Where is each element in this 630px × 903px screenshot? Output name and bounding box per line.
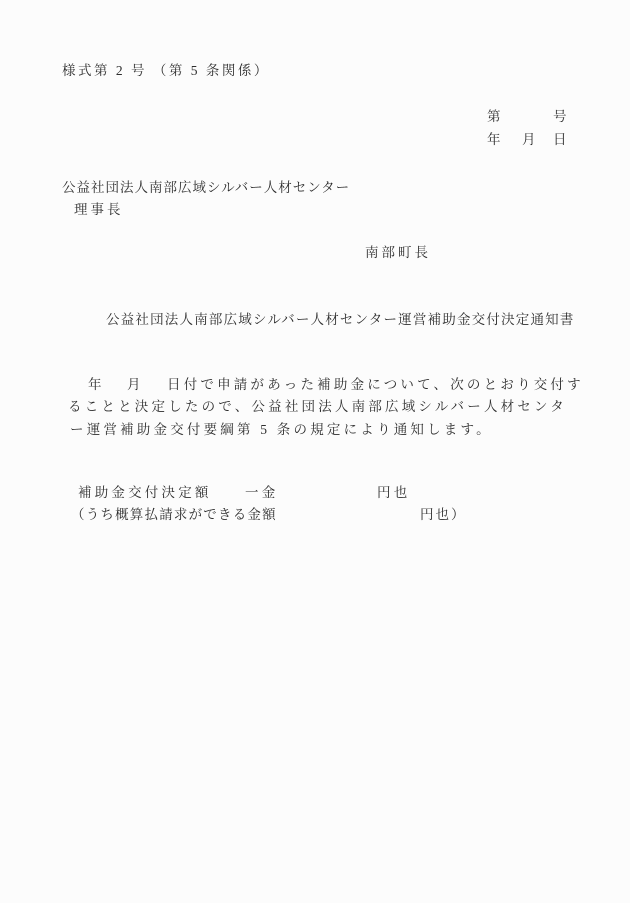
doc-number-prefix: 第: [487, 110, 501, 124]
body-line3-text: ー運営補助金交付要綱第 5 条の規定により通知します。: [70, 423, 493, 437]
body-line1-year: 年: [88, 378, 105, 392]
form-number-label: 様式第 2 号 （第 5 条関係）: [62, 64, 270, 78]
document-title: 公益社団法人南部広域シルバー人材センター運営補助金交付決定通知書: [106, 313, 575, 327]
date-month-label: 月: [522, 133, 536, 147]
provisional-payment-label: （うち概算払請求ができる金額: [71, 508, 277, 522]
document-page: 様式第 2 号 （第 5 条関係） 第 号 年 月 日 公益社団法人南部広域シル…: [0, 0, 630, 903]
provisional-payment-unit: 円也）: [420, 508, 467, 522]
date-year-label: 年: [487, 133, 501, 147]
amount-prefix: 一金: [245, 486, 278, 500]
sender-name: 南部町長: [365, 246, 431, 260]
amount-decision-label: 補助金交付決定額: [78, 486, 212, 500]
doc-number-suffix: 号: [553, 110, 567, 124]
body-line1-month: 月: [127, 378, 144, 392]
body-line2-text: ることと決定したので、公益社団法人南部広域シルバー人材センタ: [68, 400, 567, 414]
addressee-organization: 公益社団法人南部広域シルバー人材センター: [62, 181, 350, 195]
addressee-title: 理事長: [74, 203, 124, 217]
amount-unit: 円也: [377, 486, 410, 500]
body-line1-text: 日付で申請があった補助金について、次のとおり交付す: [167, 378, 584, 392]
date-day-label: 日: [553, 133, 567, 147]
